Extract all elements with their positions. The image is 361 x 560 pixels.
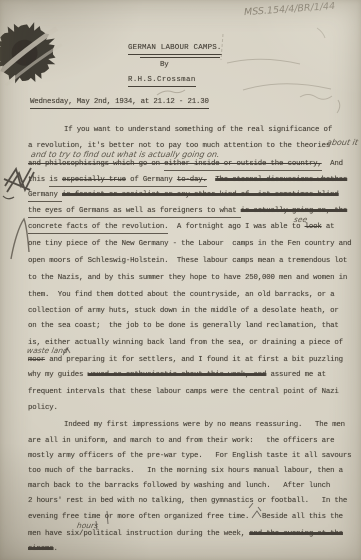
insertion-hours: hours [76, 521, 99, 530]
typed-text-struck: is fascist or socialist or any other kin… [62, 191, 339, 200]
typed-line: Germany is fascist or socialist or any o… [28, 191, 339, 202]
typed-text: march back to the barracks followed by w… [28, 482, 330, 491]
typed-text: to the Nazis, and by this summer they ho… [28, 274, 347, 283]
typed-text: them. You find them dotted about the cou… [28, 291, 334, 300]
typed-text: is, either actually winning back land fr… [28, 339, 343, 348]
typed-line: one tiny piece of the New Germany - the … [28, 240, 351, 249]
typed-text-struck: and philosophisings which go on [28, 160, 164, 169]
typed-line: 2 hours' rest in bed with no talking, th… [28, 497, 347, 506]
typed-text: men have six/political instruction durin… [28, 530, 249, 539]
typed-text-underlined: Germany [28, 191, 62, 202]
typed-line: why my guides waxed so enthusiastic abou… [28, 371, 326, 380]
typed-text-struck: The eternal discussions whether [215, 176, 347, 185]
typed-text-underlined: of Germany [126, 176, 177, 187]
typed-text-underlined: is [49, 176, 62, 187]
typed-line: is, either actually winning back land fr… [28, 339, 343, 348]
typed-line: mostly army officers of the pre-war type… [28, 452, 351, 461]
typed-text-struck: moor [28, 356, 45, 365]
typed-text: too much of the barracks. In the morning… [28, 467, 343, 476]
typescript-body: If you want to understand something of t… [0, 0, 361, 560]
typed-text: collection of army huts, stuck down in t… [28, 307, 339, 316]
typed-text: assured me at [266, 371, 326, 380]
typed-text: one tiny piece of the New Germany - the … [28, 240, 351, 249]
typed-text-struck: especially true [62, 176, 126, 187]
typed-text: . [54, 545, 58, 554]
typed-text: 2 hours' rest in bed with no talking, th… [28, 497, 347, 506]
typed-text [207, 176, 216, 185]
typed-text: A fortnight ago I was able to [168, 223, 304, 232]
typed-line: on the sea coast; the job to be done is … [28, 322, 339, 331]
typed-text: If you want to understand something of t… [64, 126, 332, 135]
typed-text: and preparing it for settlers, and I fou… [45, 356, 343, 365]
insertion-try-to-find-out: and to try to find out what is actually … [30, 150, 220, 159]
insertion-about-it: about it [326, 138, 359, 147]
typed-line: collection of army huts, stuck down in t… [28, 307, 339, 316]
typed-text-underlined: the eyes of Germans as well as foreigner… [28, 207, 241, 218]
typed-text-underlined: concrete facts of the revolution. [28, 223, 168, 234]
typed-line: march back to the barracks followed by w… [28, 482, 330, 491]
typed-text: frequent intervals that these labour cam… [28, 388, 339, 397]
typed-text-struck: and the evening at the [249, 530, 343, 539]
typed-line: and philosophisings which go on either i… [28, 160, 343, 171]
typed-text: mostly army officers of the pre-war type… [28, 452, 351, 461]
typed-line: them. You find them dotted about the cou… [28, 291, 334, 300]
typed-text-struck: either inside or outside the country, [164, 160, 321, 171]
typed-text-struck: cinema [28, 545, 54, 554]
typed-line: concrete facts of the revolution. A fort… [28, 223, 334, 234]
typed-text-struck: look [305, 223, 322, 232]
typed-text-struck: waxed so enthusiastic about this work, a… [88, 371, 267, 380]
typed-text: why my guides [28, 371, 88, 380]
typed-text: at [322, 223, 335, 232]
typed-line: cinema. [28, 545, 58, 554]
typed-line: this is especially true of Germany to-da… [28, 176, 347, 187]
typed-text: And [322, 160, 343, 169]
insertion-see: see [293, 215, 308, 224]
insertion-waste-land: waste land [26, 346, 68, 355]
typed-line: frequent intervals that these labour cam… [28, 388, 339, 397]
typed-text: open moors of Schleswig-Holstein. These … [28, 257, 347, 266]
typed-line: If you want to understand something of t… [64, 126, 332, 135]
typed-text: evening free time or more often organize… [28, 513, 343, 522]
typed-line: to the Nazis, and by this summer they ho… [28, 274, 347, 283]
typed-text: are all in uniform, and march to and fro… [28, 437, 334, 446]
typed-text: Indeed my first impressions were by no m… [64, 421, 345, 430]
typed-text: policy. [28, 404, 58, 413]
typed-text: on the sea coast; the job to be done is … [28, 322, 339, 331]
typed-line: too much of the barracks. In the morning… [28, 467, 343, 476]
document-page: MSS.154/4/BR/1/44 GERMAN LABOUR CAMPS. B… [0, 0, 361, 560]
typed-text-struck: to-day. [177, 176, 207, 187]
typed-line: evening free time or more often organize… [28, 513, 343, 522]
typed-line: men have six/political instruction durin… [28, 530, 343, 539]
typed-line: are all in uniform, and march to and fro… [28, 437, 334, 446]
typed-line: Indeed my first impressions were by no m… [64, 421, 345, 430]
typed-text: this [28, 176, 49, 185]
typed-line: open moors of Schleswig-Holstein. These … [28, 257, 347, 266]
typed-line: policy. [28, 404, 58, 413]
typed-line: moor and preparing it for settlers, and … [28, 356, 343, 365]
